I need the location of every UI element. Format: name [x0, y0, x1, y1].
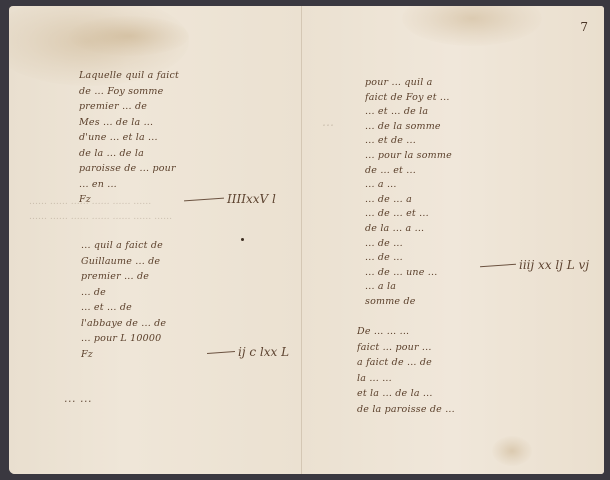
entry-line: d'une ... et la ... — [79, 130, 249, 146]
entry-line: ... et ... de — [81, 300, 256, 316]
right-page: 7 … pour ... quil a faict de Foy et ... … — [302, 6, 604, 474]
ledger-entry-1: Laquelle quil a faict de ... Foy somme p… — [79, 68, 249, 208]
entry-line: de la paroisse de ... — [357, 402, 532, 418]
entry-line: de la ... de la — [79, 146, 249, 162]
entry-line: ... a ... — [365, 178, 535, 193]
amount-value: ij c lxx L — [238, 345, 289, 359]
entry-line: l'abbaye de ... de — [81, 316, 256, 332]
bleed-through-text: …… …… …… …… …… …… …… — [29, 211, 172, 223]
entry-line: ... de la somme — [365, 120, 535, 135]
entry-line: de la ... a ... — [365, 222, 535, 237]
entry-line: ... de ... a — [365, 193, 535, 208]
entry-amount: ij c lxx L — [207, 345, 289, 359]
amount-rule — [480, 264, 516, 268]
manuscript-spread: Laquelle quil a faict de ... Foy somme p… — [9, 6, 604, 474]
folio-number: 7 — [580, 20, 588, 34]
amount-value: IIIIxxV l — [227, 192, 276, 206]
entry-line: ... pour la somme — [365, 149, 535, 164]
foxing-spot — [492, 436, 532, 466]
entry-line: faict de Foy et ... — [365, 91, 535, 106]
entry-amount: iiij xx lj L vj — [480, 258, 589, 272]
entry-line: paroisse de ... pour — [79, 161, 249, 177]
left-page: Laquelle quil a faict de ... Foy somme p… — [9, 6, 302, 474]
ledger-entry-3: pour ... quil a faict de Foy et ... ... … — [365, 76, 535, 310]
entry-line: la ... ... — [357, 371, 532, 387]
bleed-through-text: … — [322, 116, 334, 128]
water-stain — [402, 6, 542, 46]
entry-line: premier ... de — [81, 269, 256, 285]
entry-line: De ... ... ... — [357, 324, 532, 340]
bleed-through-text: …… …… …… …… …… …… — [29, 196, 151, 208]
entry-line: ... et ... de la — [365, 105, 535, 120]
signature: ... ... — [64, 392, 92, 405]
amount-rule — [184, 198, 224, 202]
entry-line: Guillaume ... de — [81, 254, 256, 270]
entry-line: et la ... de la ... — [357, 386, 532, 402]
ledger-entry-4: De ... ... ... faict ... pour ... a faic… — [357, 324, 532, 417]
entry-line: ... quil a faict de — [81, 238, 256, 254]
entry-line: Mes ... de la ... — [79, 115, 249, 131]
entry-line: premier ... de — [79, 99, 249, 115]
amount-rule — [207, 351, 235, 354]
entry-line: ... et de ... — [365, 134, 535, 149]
ledger-entry-2: ... quil a faict de Guillaume ... de pre… — [81, 238, 256, 362]
amount-value: iiij xx lj L vj — [519, 258, 589, 272]
entry-line: faict ... pour ... — [357, 340, 532, 356]
entry-line: ... de — [81, 285, 256, 301]
entry-line: Laquelle quil a faict — [79, 68, 249, 84]
entry-line: de ... Foy somme — [79, 84, 249, 100]
entry-amount: IIIIxxV l — [184, 192, 276, 206]
entry-line: ... en ... — [79, 177, 249, 193]
entry-line: somme de — [365, 295, 535, 310]
entry-line: ... a la — [365, 280, 535, 295]
water-stain — [69, 16, 189, 56]
entry-line: pour ... quil a — [365, 76, 535, 91]
entry-line: a faict de ... de — [357, 355, 532, 371]
entry-line: de ... et ... — [365, 164, 535, 179]
entry-line: ... de ... — [365, 237, 535, 252]
entry-line: ... de ... et ... — [365, 207, 535, 222]
